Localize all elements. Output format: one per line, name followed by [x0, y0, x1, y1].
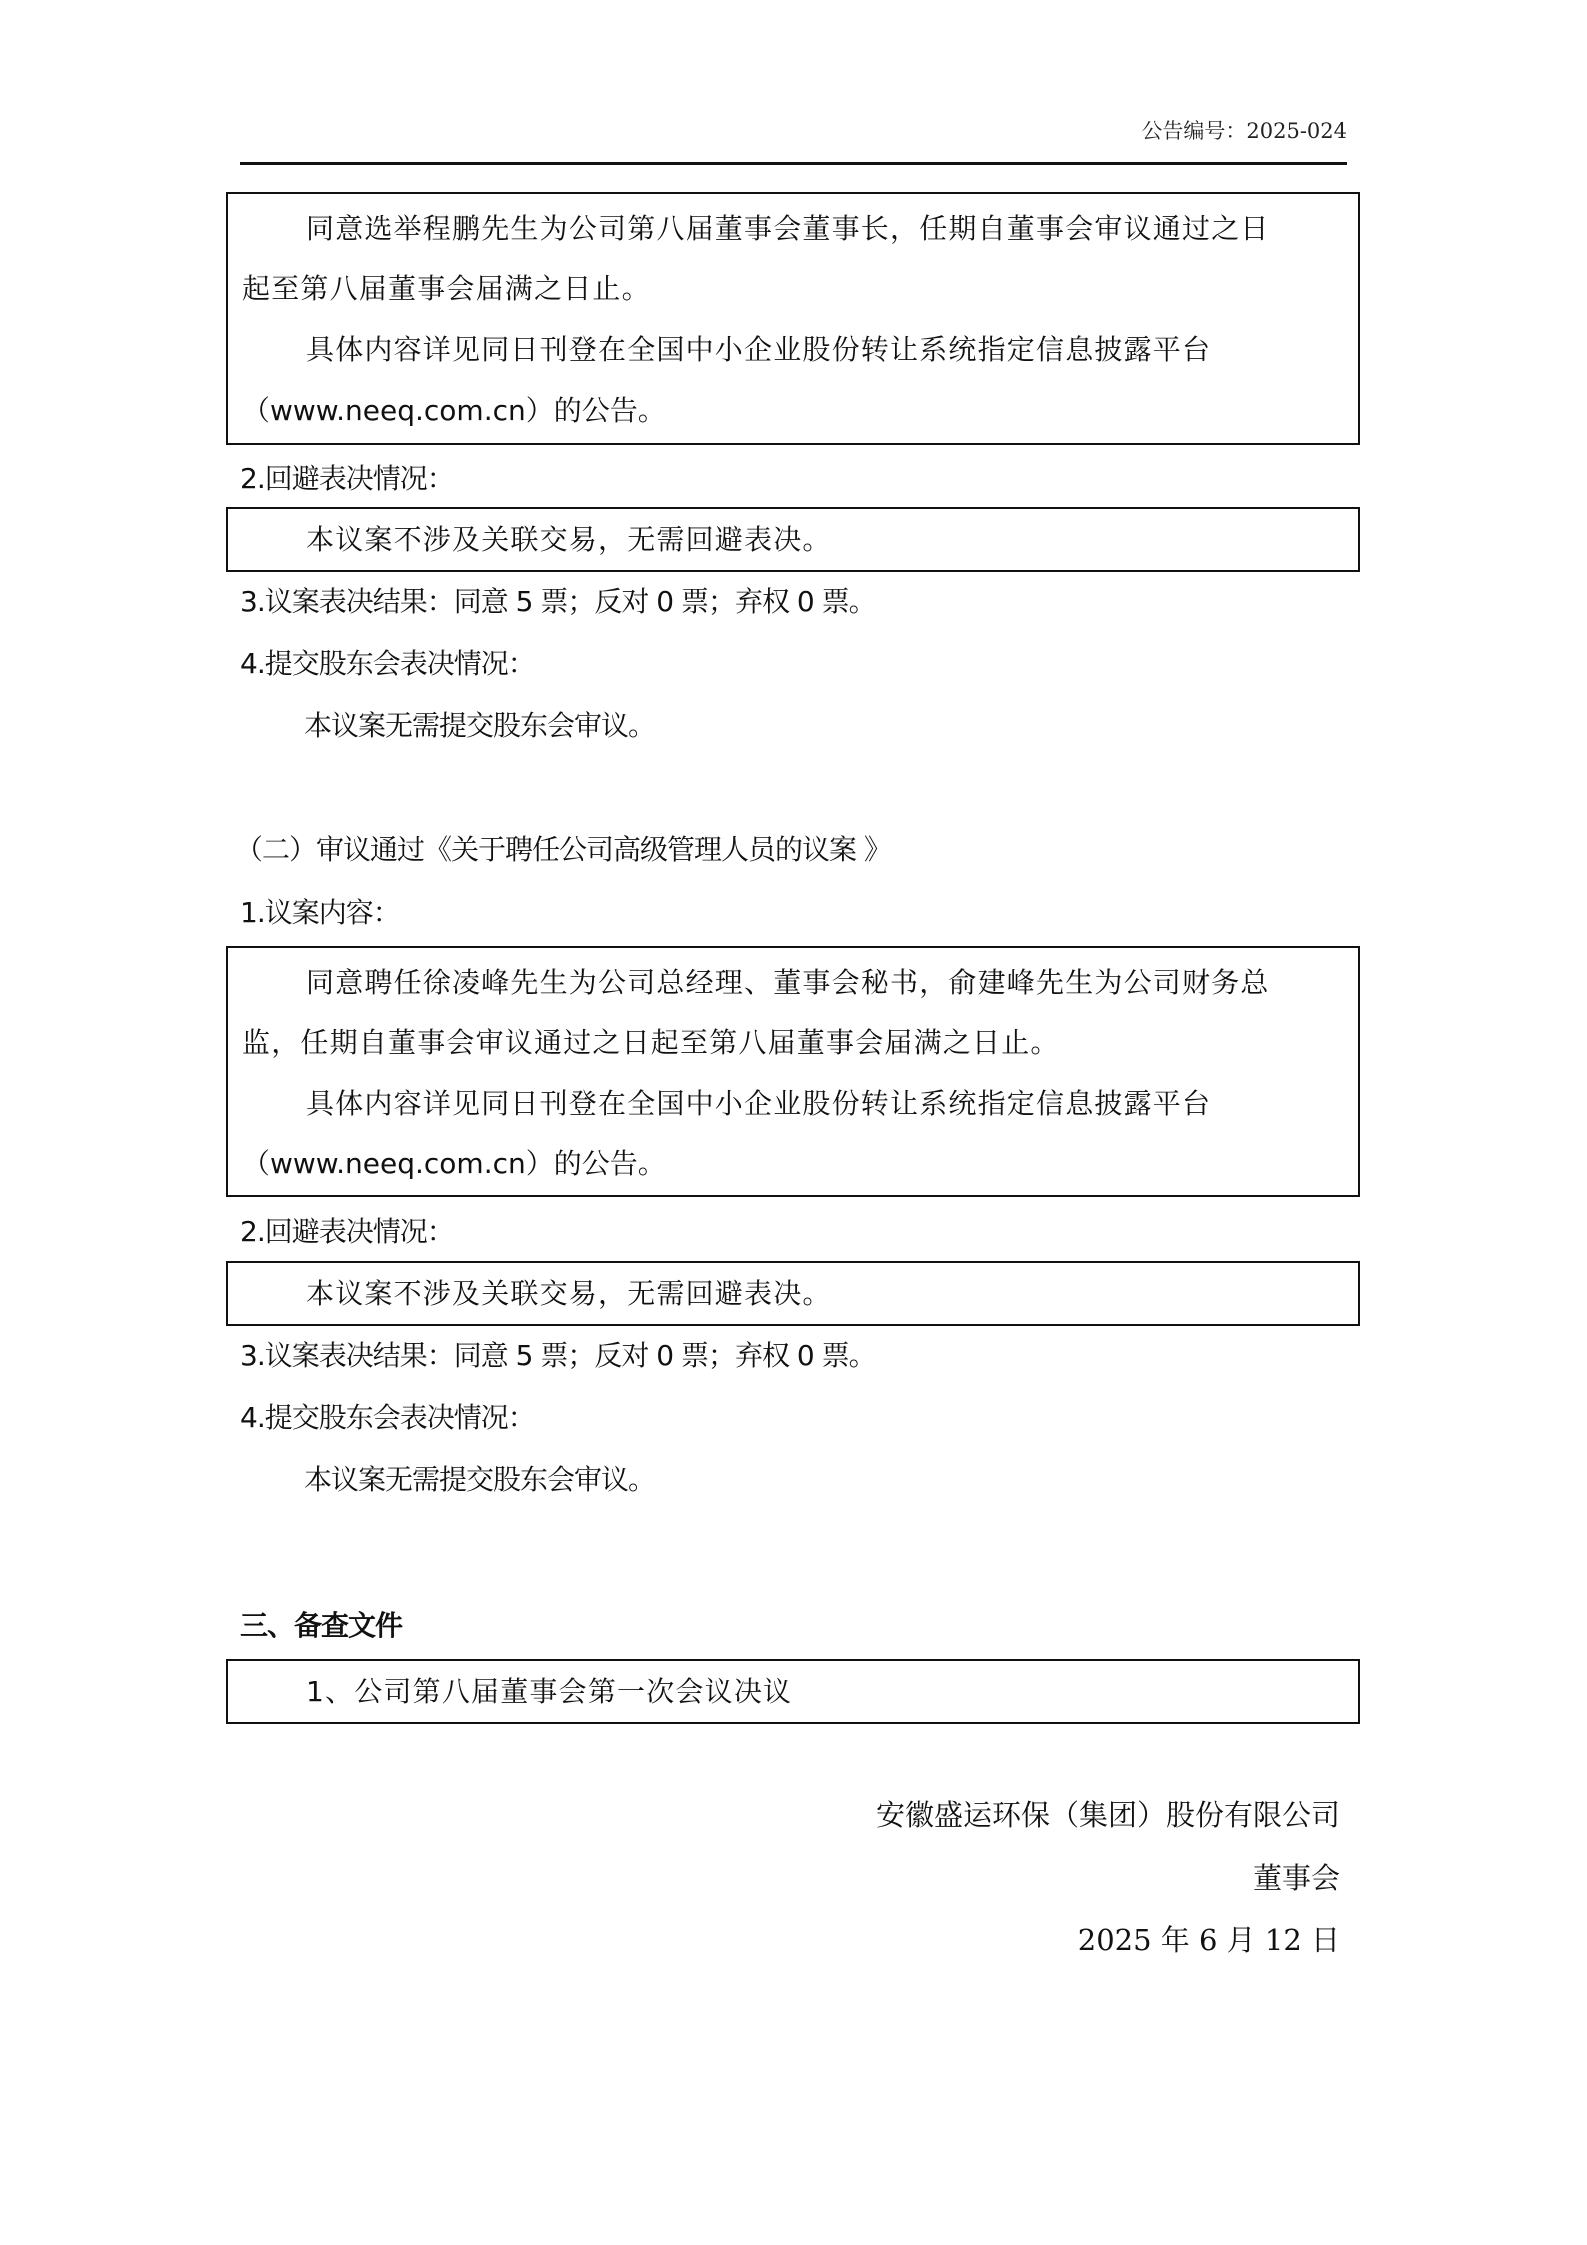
- content-line: （www.neeq.com.cn）的公告。: [242, 394, 666, 428]
- announcement-number: 公告编号：2025-024: [1141, 115, 1347, 145]
- content-line: 同意选举程鹏先生为公司第八届董事会董事长，任期自董事会审议通过之日: [306, 212, 1270, 246]
- content-line: 同意聘任徐凌峰先生为公司总经理、董事会秘书，俞建峰先生为公司财务总: [306, 966, 1270, 1000]
- shareholder-text: 本议案无需提交股东会审议。: [304, 709, 655, 743]
- avoidance-label: 2.回避表决情况：: [240, 462, 454, 496]
- content-line: （www.neeq.com.cn）的公告。: [242, 1147, 666, 1181]
- section-two-title: （二）审议通过《关于聘任公司高级管理人员的议案 》: [235, 833, 891, 867]
- proposal-content-box-2: 同意聘任徐凌峰先生为公司总经理、董事会秘书，俞建峰先生为公司财务总 监，任期自董…: [226, 946, 1360, 1197]
- section-three-title: 三、备查文件: [240, 1609, 402, 1643]
- content-label: 1.议案内容：: [240, 896, 400, 930]
- board-name: 董事会: [1253, 1860, 1340, 1896]
- avoidance-label: 2.回避表决情况：: [240, 1215, 454, 1249]
- content-line: 监，任期自董事会审议通过之日起至第八届董事会届满之日止。: [242, 1026, 1060, 1060]
- avoidance-text: 本议案不涉及关联交易，无需回避表决。: [306, 1277, 832, 1311]
- shareholder-label: 4.提交股东会表决情况：: [240, 1401, 535, 1435]
- avoidance-box-2: 本议案不涉及关联交易，无需回避表决。: [226, 1261, 1360, 1326]
- shareholder-text: 本议案无需提交股东会审议。: [304, 1463, 655, 1497]
- proposal-content-box-1: 同意选举程鹏先生为公司第八届董事会董事长，任期自董事会审议通过之日 起至第八届董…: [226, 192, 1360, 445]
- company-name: 安徽盛运环保（集团）股份有限公司: [876, 1797, 1340, 1833]
- reference-doc-item: 1、公司第八届董事会第一次会议决议: [306, 1675, 792, 1709]
- content-line: 具体内容详见同日刊登在全国中小企业股份转让系统指定信息披露平台: [306, 333, 1211, 367]
- avoidance-text: 本议案不涉及关联交易，无需回避表决。: [306, 523, 832, 557]
- reference-docs-box: 1、公司第八届董事会第一次会议决议: [226, 1659, 1360, 1724]
- content-line: 具体内容详见同日刊登在全国中小企业股份转让系统指定信息披露平台: [306, 1087, 1211, 1121]
- vote-result: 3.议案表决结果：同意 5 票；反对 0 票；弃权 0 票。: [240, 1339, 876, 1373]
- avoidance-box-1: 本议案不涉及关联交易，无需回避表决。: [226, 507, 1360, 572]
- shareholder-label: 4.提交股东会表决情况：: [240, 647, 535, 681]
- header-rule: [240, 162, 1347, 165]
- signature-date: 2025 年 6 月 12 日: [1078, 1922, 1340, 1958]
- content-line: 起至第八届董事会届满之日止。: [242, 272, 651, 306]
- vote-result: 3.议案表决结果：同意 5 票；反对 0 票；弃权 0 票。: [240, 585, 876, 619]
